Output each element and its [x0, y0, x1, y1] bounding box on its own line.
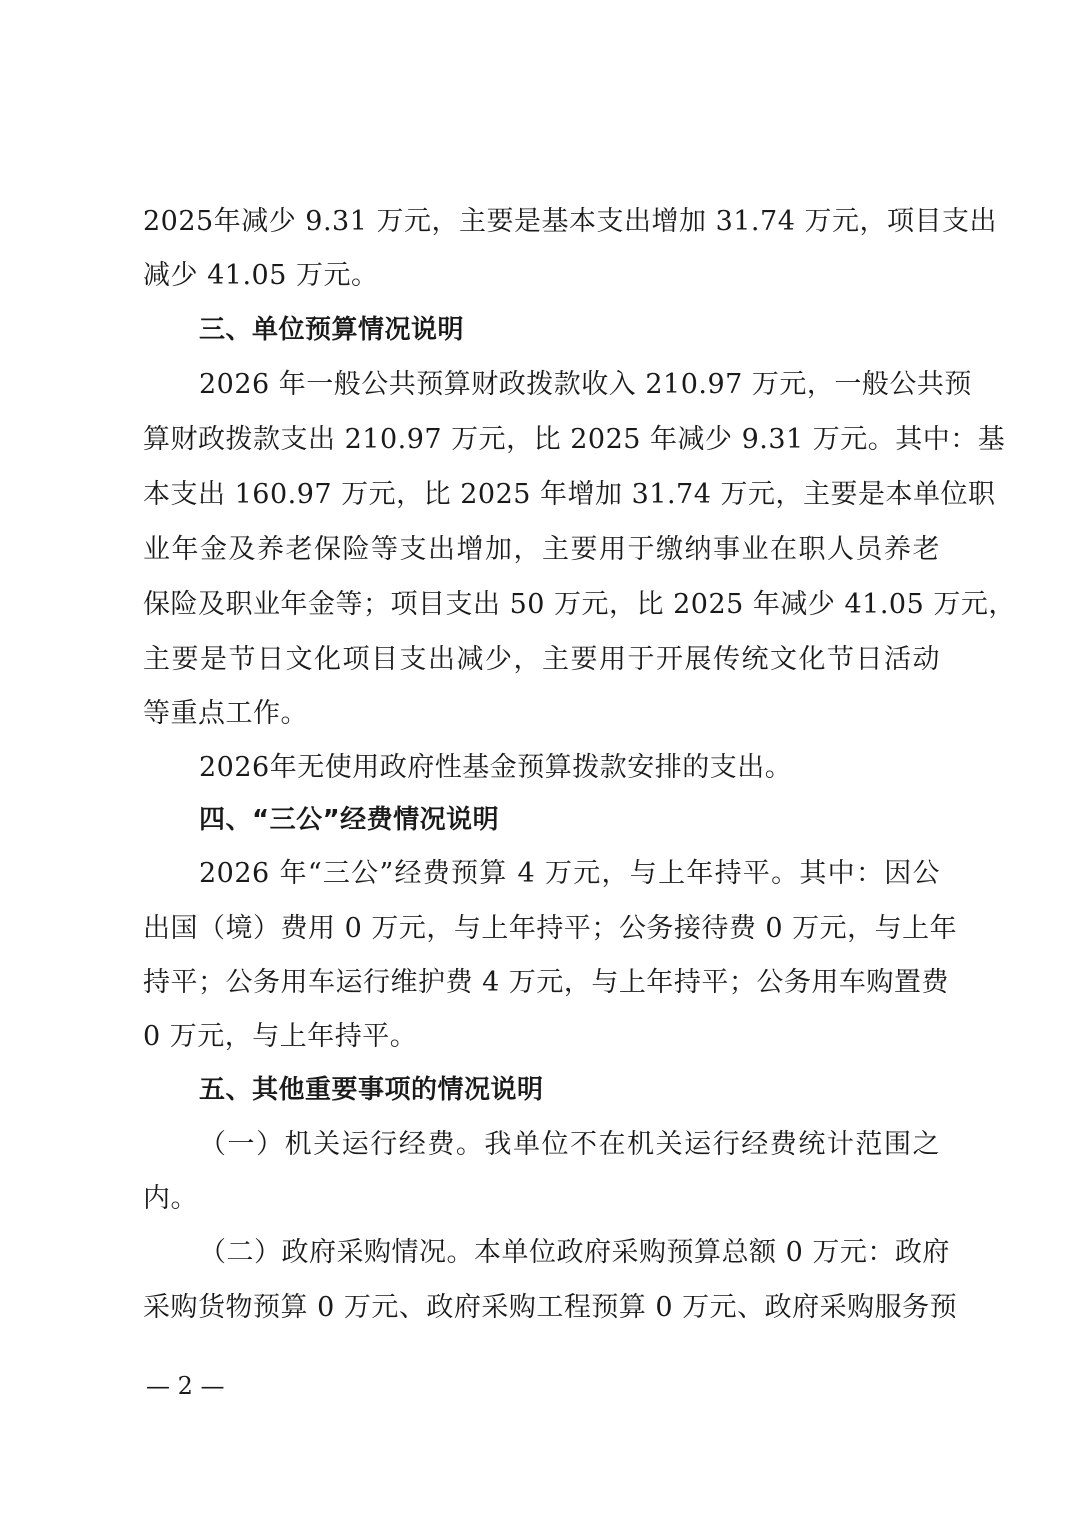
body-text-line: 等重点工作。: [143, 698, 308, 730]
body-text-line: 算财政拨款支出 210.97 万元，比 2025 年减少 9.31 万元。其中：…: [143, 424, 940, 456]
section-heading-5: 五、其他重要事项的情况说明: [199, 1074, 544, 1106]
body-text-line: 采购货物预算 0 万元、政府采购工程预算 0 万元、政府采购服务预: [143, 1292, 940, 1324]
body-text-line: 内。: [143, 1183, 198, 1215]
body-text-line: 2026 年“三公”经费预算 4 万元，与上年持平。其中：因公: [199, 858, 940, 890]
page-number: — 2 —: [146, 1372, 225, 1400]
body-text-line: 保险及职业年金等；项目支出 50 万元，比 2025 年减少 41.05 万元，: [143, 589, 940, 621]
body-text-line: （一）机关运行经费。我单位不在机关运行经费统计范围之: [199, 1129, 940, 1161]
body-text-line: 2025年减少 9.31 万元，主要是基本支出增加 31.74 万元，项目支出: [143, 206, 940, 238]
body-text-line: 2026 年一般公共预算财政拨款收入 210.97 万元，一般公共预: [199, 369, 940, 401]
document-page: 2025年减少 9.31 万元，主要是基本支出增加 31.74 万元，项目支出 …: [0, 0, 1074, 1520]
body-text-line: 持平；公务用车运行维护费 4 万元，与上年持平；公务用车购置费: [143, 967, 940, 999]
body-text-line: 2026年无使用政府性基金预算拨款安排的支出。: [199, 752, 792, 784]
body-text-line: 业年金及养老保险等支出增加，主要用于缴纳事业在职人员养老: [143, 534, 940, 566]
body-text-line: 0 万元，与上年持平。: [143, 1021, 417, 1053]
body-text-line: （二）政府采购情况。本单位政府采购预算总额 0 万元：政府: [199, 1237, 940, 1269]
body-text-line: 主要是节日文化项目支出减少，主要用于开展传统文化节日活动: [143, 644, 940, 676]
body-text-line: 出国（境）费用 0 万元，与上年持平；公务接待费 0 万元，与上年: [143, 913, 940, 945]
section-heading-4: 四、“三公”经费情况说明: [199, 804, 499, 836]
body-text-line: 本支出 160.97 万元，比 2025 年增加 31.74 万元，主要是本单位…: [143, 479, 940, 511]
body-text-line: 减少 41.05 万元。: [143, 260, 378, 292]
section-heading-3: 三、单位预算情况说明: [199, 314, 464, 346]
